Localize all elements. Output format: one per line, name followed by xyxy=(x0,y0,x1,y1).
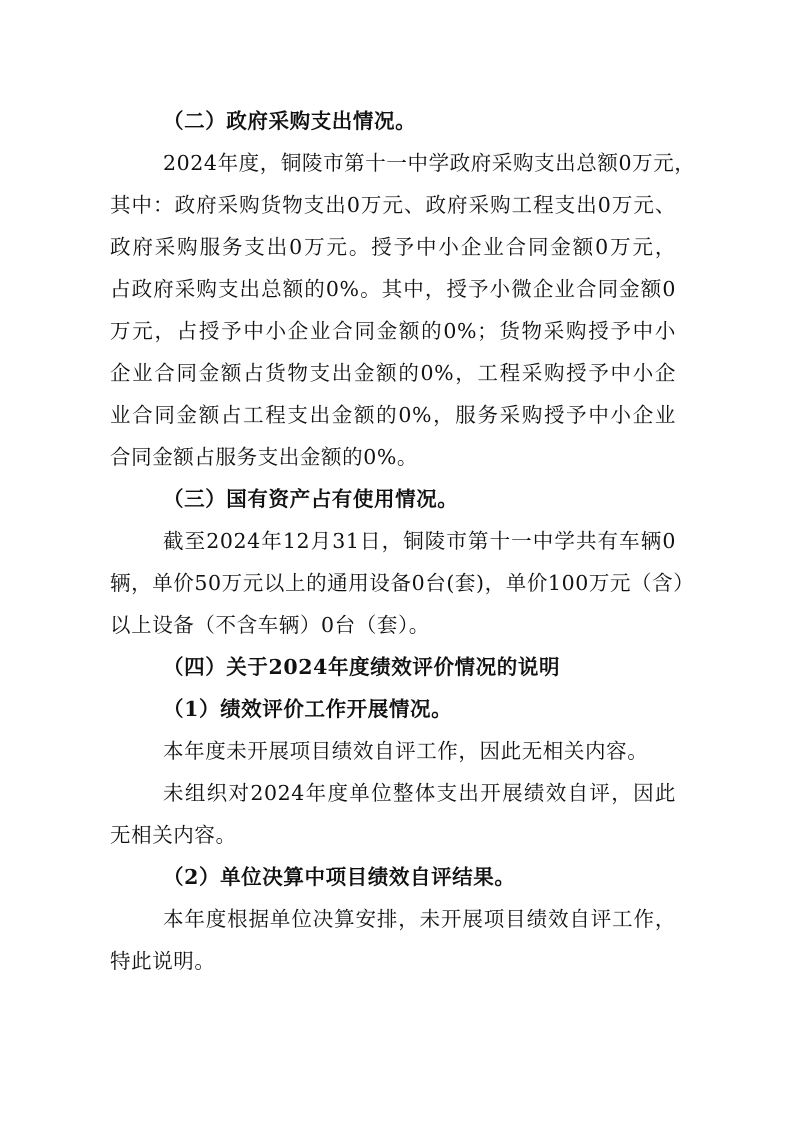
paragraph-line: 其中：政府采购货物支出0万元、政府采购工程支出0万元、 xyxy=(110,184,676,226)
paragraph-line: 以上设备（不含车辆）0台（套）。 xyxy=(110,604,430,646)
subheading-evaluation-work: （1）绩效评价工作开展情况。 xyxy=(163,688,452,730)
paragraph-line: 企业合同金额占货物支出金额的0%，工程采购授予中小企 xyxy=(110,352,676,394)
heading-government-procurement: （二）政府采购支出情况。 xyxy=(163,100,416,142)
paragraph-line: 无相关内容。 xyxy=(110,814,237,856)
paragraph-line: 截至2024年12月31日，铜陵市第十一中学共有车辆0 xyxy=(163,520,676,562)
heading-state-assets: （三）国有资产占有使用情况。 xyxy=(163,478,458,520)
paragraph-line: 合同金额占服务支出金额的0%。 xyxy=(110,436,418,478)
paragraph-line: 本年度根据单位决算安排，未开展项目绩效自评工作， xyxy=(163,898,676,940)
paragraph-line: 2024年度，铜陵市第十一中学政府采购支出总额0万元， xyxy=(163,142,676,184)
subheading-self-evaluation-results: （2）单位决算中项目绩效自评结果。 xyxy=(163,856,515,898)
heading-performance-evaluation: （四）关于2024年度绩效评价情况的说明 xyxy=(163,646,560,688)
paragraph-line: 辆，单价50万元以上的通用设备0台(套)，单价100万元（含） xyxy=(110,562,676,604)
paragraph-line: 业合同金额占工程支出金额的0%，服务采购授予中小企业 xyxy=(110,394,676,436)
paragraph-line: 本年度未开展项目绩效自评工作，因此无相关内容。 xyxy=(163,730,648,772)
paragraph-line: 未组织对2024年度单位整体支出开展绩效自评，因此 xyxy=(163,772,676,814)
paragraph-line: 特此说明。 xyxy=(110,940,216,982)
paragraph-line: 万元，占授予中小企业合同金额的0%；货物采购授予中小 xyxy=(110,310,676,352)
paragraph-line: 政府采购服务支出0万元。授予中小企业合同金额0万元， xyxy=(110,226,676,268)
paragraph-line: 占政府采购支出总额的0%。其中，授予小微企业合同金额0 xyxy=(110,268,676,310)
